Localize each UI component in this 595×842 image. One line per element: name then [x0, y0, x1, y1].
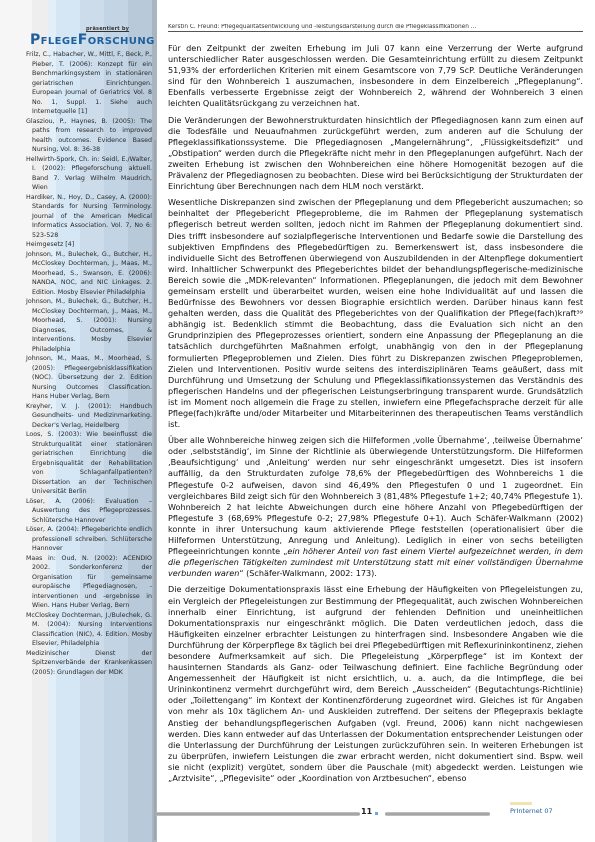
- footer-rule-left: [155, 812, 360, 816]
- paragraph-with-quote: Über alle Wohnbereiche hinweg zeigen sic…: [168, 435, 583, 579]
- journal-accent: [510, 802, 532, 805]
- reference-item: Heimgesetz [4]: [26, 240, 152, 250]
- reference-item: Hardiker, N., Hoy, D., Casey, A. (2000):…: [26, 193, 152, 241]
- paragraph: Die derzeitige Dokumentationspraxis läss…: [168, 584, 583, 784]
- sidebar-divider: [154, 140, 156, 840]
- journal-logo: PflegeForschung: [30, 32, 155, 48]
- paragraph: Wesentliche Diskrepanzen sind zwischen d…: [168, 197, 583, 430]
- reference-item: Löser, A. (2004): Pflegeberichte endlich…: [26, 525, 152, 554]
- reference-item: Kreyher, V. J. (2001): Handbuch Gesundhe…: [26, 402, 152, 431]
- reference-item: Medizinischer Dienst der Spitzenverbände…: [26, 649, 152, 678]
- reference-item: Hellwirth-Spork, Ch. in: Seidl, E./Walte…: [26, 155, 152, 193]
- reference-item: Johnson, M., Bulechek, G., Butcher, H., …: [26, 297, 152, 354]
- footer-rule-right: [385, 812, 490, 816]
- reference-item: Frilz, C., Habacher, W., Mittl, F., Beck…: [26, 50, 152, 117]
- paragraph: Die Veränderungen der Bewohnerstrukturda…: [168, 115, 583, 193]
- reference-item: Löser, A. (2006): Evaluation – Auswertun…: [26, 497, 152, 526]
- reference-item: Glasziou, P., Haynes, B. (2005): The pat…: [26, 117, 152, 155]
- reference-item: Maas in: Oud, N. (2002): ACENDIO 2002. S…: [26, 554, 152, 611]
- reference-item: Loos, S. (2003): Wie beeinflusst die Str…: [26, 430, 152, 497]
- running-head: Kerstin C. Freund: Pflegequalitätsentwic…: [168, 24, 583, 32]
- page-number: 11: [361, 807, 372, 816]
- reference-item: Johnson, M., Bulechek, G., Butcher, H., …: [26, 250, 152, 298]
- paragraph-text: Über alle Wohnbereiche hinweg zeigen sic…: [168, 435, 583, 556]
- reference-item: Johnson, M., Maas, M., Moorhead, S. (200…: [26, 354, 152, 402]
- paragraph: Für den Zeitpunkt der zweiten Erhebung i…: [168, 43, 583, 110]
- reference-list: Frilz, C., Habacher, W., Mittl, F., Beck…: [26, 50, 152, 677]
- reference-item: McCloskey Dochterman, J./Bulechek, G. M.…: [26, 611, 152, 649]
- quote-citation: “ (Schäfer-Walkmann, 2002: 173).: [239, 568, 377, 578]
- page-number-marker: [375, 812, 378, 815]
- journal-name: PrInternet 07: [510, 807, 553, 815]
- body-text: Für den Zeitpunkt der zweiten Erhebung i…: [168, 43, 583, 789]
